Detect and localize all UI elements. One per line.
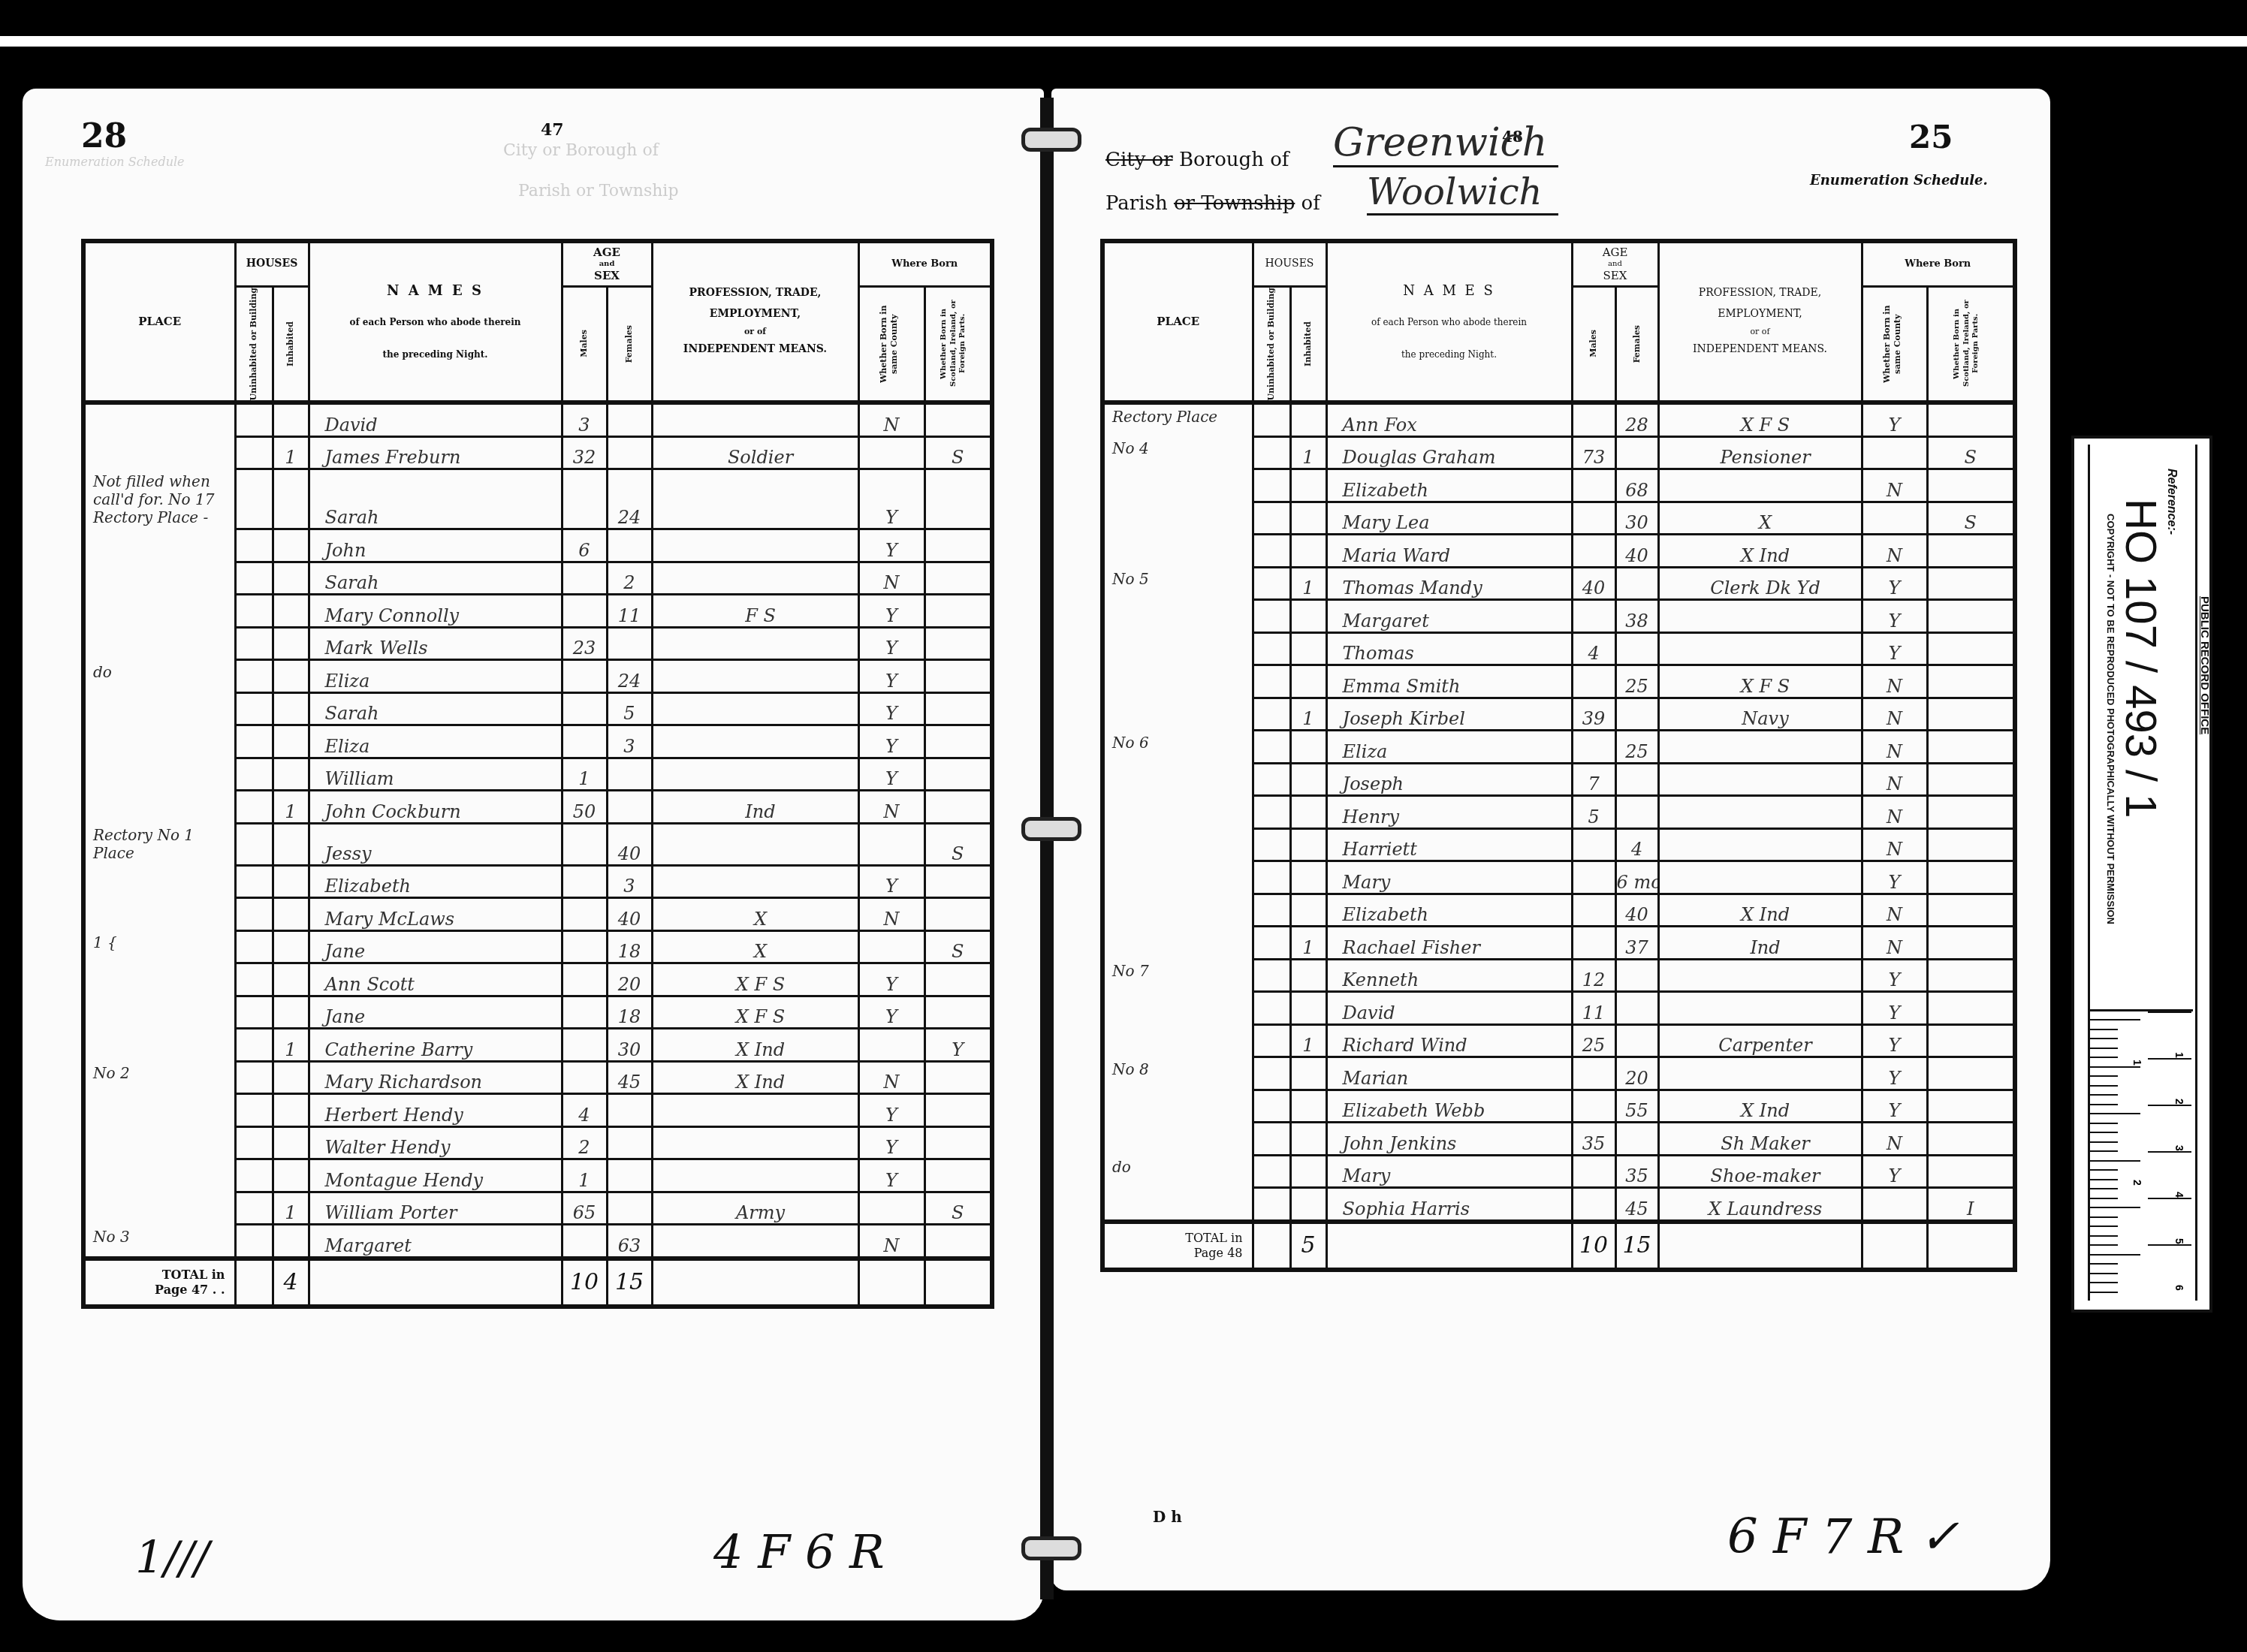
- name-cell: John: [309, 529, 562, 562]
- profession-cell: [652, 627, 858, 660]
- born-county-cell: Y: [1862, 632, 1927, 665]
- profession-cell: [652, 562, 858, 595]
- ruler-tick: [2088, 1048, 2118, 1049]
- profession-label-3: or of: [1660, 327, 1861, 337]
- profession-cell: X: [1658, 502, 1862, 535]
- profession-cell: [1658, 992, 1862, 1025]
- profession-cell: [652, 725, 858, 758]
- total-profession: [1658, 1222, 1862, 1270]
- uninhabited-cell: [235, 1192, 273, 1225]
- inhabited-cell: 1: [1290, 1024, 1326, 1057]
- profession-cell: X Ind: [1658, 894, 1862, 927]
- profession-cell: X F S: [1658, 402, 1862, 436]
- name-cell: Ann Fox: [1326, 402, 1572, 436]
- ruler-cm-label: 1: [2173, 1052, 2185, 1058]
- uninhabited-cell: [1253, 665, 1290, 698]
- page-stamp-number: 28: [81, 117, 127, 155]
- born-county-cell: Y: [858, 660, 924, 693]
- place-cell: [1102, 1024, 1253, 1057]
- inhabited-cell: [1290, 828, 1326, 861]
- uninhabited-cell: [1253, 1024, 1290, 1057]
- born-abroad-cell: [924, 791, 992, 824]
- place-cell: No 4: [1102, 436, 1253, 469]
- table-row: Elizabeth68N: [1102, 469, 2015, 502]
- name-cell: Harriett: [1326, 828, 1572, 861]
- place-cell: [1102, 1123, 1253, 1156]
- inhabited-cell: [273, 725, 309, 758]
- born-abroad-cell: S: [924, 823, 992, 865]
- profession-cell: [1658, 469, 1862, 502]
- place-cell: [1102, 502, 1253, 535]
- born-abroad-cell: S: [1927, 436, 2015, 469]
- total-label: TOTAL inPage 47 . .: [83, 1259, 235, 1307]
- profession-label-2: EMPLOYMENT,: [653, 308, 858, 321]
- parish-line: Parish or Township of: [1105, 192, 1320, 215]
- header-inhabited: Inhabited: [1290, 286, 1326, 402]
- parish-value: Woolwich: [1367, 171, 1558, 216]
- borough-value: Greenwich: [1333, 120, 1558, 167]
- profession-label-1: PROFESSION, TRADE,: [653, 287, 858, 300]
- place-cell: [1102, 1188, 1253, 1222]
- born-abroad-cell: [1927, 567, 2015, 600]
- header-profession: PROFESSION, TRADE, EMPLOYMENT, or of IND…: [652, 241, 858, 402]
- place-cell: [83, 595, 235, 628]
- born-abroad-cell: [1927, 828, 2015, 861]
- born-abroad-cell: [924, 865, 992, 898]
- born-abroad-cell: S: [1927, 502, 2015, 535]
- uninhabited-cell: [1253, 796, 1290, 829]
- born-county-cell: [1862, 502, 1927, 535]
- name-cell: Douglas Graham: [1326, 436, 1572, 469]
- profession-cell: X: [652, 930, 858, 963]
- table-row: No 3Margaret63N: [83, 1225, 992, 1259]
- inhabited-cell: [1290, 402, 1326, 436]
- name-cell: Mary McLaws: [309, 898, 562, 931]
- name-cell: William: [309, 758, 562, 791]
- females-age-cell: 2: [607, 562, 652, 595]
- profession-cell: [652, 1159, 858, 1192]
- females-age-cell: [1615, 1123, 1658, 1156]
- profession-cell: Carpenter: [1658, 1024, 1862, 1057]
- uninhabited-cell: [235, 529, 273, 562]
- inhabited-cell: [1290, 861, 1326, 894]
- borough-struck-label: City or: [1105, 149, 1173, 171]
- born-county-cell: N: [858, 562, 924, 595]
- born-county-cell: N: [1862, 894, 1927, 927]
- ruler-tick: [2088, 1254, 2140, 1256]
- total-label: TOTAL inPage 48: [1102, 1222, 1253, 1270]
- total-born-county: [858, 1259, 924, 1307]
- name-cell: Thomas: [1326, 632, 1572, 665]
- name-cell: David: [1326, 992, 1572, 1025]
- table-row: Walter Hendy2Y: [83, 1126, 992, 1159]
- profession-cell: Navy: [1658, 698, 1862, 731]
- table-row: John6Y: [83, 529, 992, 562]
- binder-ring: [1021, 817, 1081, 841]
- place-note: No 6: [1105, 731, 1252, 755]
- name-cell: Jessy: [309, 823, 562, 865]
- place-cell: [83, 402, 235, 436]
- table-row: Mary6 moY: [1102, 861, 2015, 894]
- born-county-cell: N: [1862, 731, 1927, 764]
- header-born-county: Whether Born in same County: [1862, 286, 1927, 402]
- born-abroad-cell: [1927, 992, 2015, 1025]
- females-age-cell: [607, 1094, 652, 1127]
- females-age-cell: 55: [1615, 1090, 1658, 1123]
- males-age-cell: [562, 898, 607, 931]
- ruler-tick: [2088, 1075, 2118, 1077]
- name-cell: Mary: [1326, 861, 1572, 894]
- females-age-cell: 35: [1615, 1155, 1658, 1188]
- profession-cell: Sh Maker: [1658, 1123, 1862, 1156]
- uninhabited-cell: [1253, 731, 1290, 764]
- uninhabited-cell: [235, 823, 273, 865]
- born-county-cell: N: [1862, 796, 1927, 829]
- born-county-cell: N: [858, 898, 924, 931]
- uninhabited-cell: [1253, 502, 1290, 535]
- ruler-cm-label: 3: [2173, 1145, 2185, 1151]
- tally-marks: 1///: [135, 1532, 210, 1584]
- name-cell: Walter Hendy: [309, 1126, 562, 1159]
- table-row: Sarah2N: [83, 562, 992, 595]
- place-cell: Rectory Place: [1102, 402, 1253, 436]
- total-born-abroad: [924, 1259, 992, 1307]
- females-age-cell: 24: [607, 469, 652, 529]
- place-note: 1 {: [86, 930, 234, 954]
- ruler-tick: [2088, 1169, 2118, 1171]
- inhabited-cell: [273, 469, 309, 529]
- females-age-cell: [1615, 567, 1658, 600]
- born-abroad-cell: [1927, 1090, 2015, 1123]
- ruler-tick: [2088, 1104, 2118, 1105]
- profession-cell: [652, 1094, 858, 1127]
- ruler-tick: [2088, 1057, 2118, 1058]
- parish-of-label: of: [1301, 192, 1320, 215]
- header-age-sex: AGE and SEX: [562, 241, 652, 286]
- name-cell: Elizabeth Webb: [1326, 1090, 1572, 1123]
- name-cell: Richard Wind: [1326, 1024, 1572, 1057]
- uninhabited-cell: [1253, 894, 1290, 927]
- females-label: Females: [1632, 325, 1642, 363]
- males-age-cell: [1572, 731, 1615, 764]
- inhabited-cell: [1290, 632, 1326, 665]
- binder-ring: [1021, 128, 1081, 152]
- total-born-county: [1862, 1222, 1927, 1270]
- header-place: PLACE: [83, 241, 235, 402]
- header-uninhabited: Uninhabited or Building: [1253, 286, 1290, 402]
- uninhabited-cell: [235, 402, 273, 436]
- males-age-cell: 12: [1572, 959, 1615, 992]
- males-age-cell: [562, 1225, 607, 1259]
- ruler-tick: [2088, 1263, 2118, 1265]
- females-age-cell: 6 mo: [1615, 861, 1658, 894]
- names-subtitle-1: of each Person who abode therein: [310, 317, 561, 328]
- born-abroad-label: Whether Born in Scotland, Ireland, or Fo…: [940, 297, 976, 390]
- born-county-cell: Y: [1862, 992, 1927, 1025]
- born-abroad-cell: [1927, 665, 2015, 698]
- uninhabited-label: Uninhabited or Building: [1266, 288, 1277, 401]
- born-abroad-cell: [924, 595, 992, 628]
- uninhabited-cell: [1253, 402, 1290, 436]
- males-age-cell: [1572, 1090, 1615, 1123]
- name-cell: Rachael Fisher: [1326, 927, 1572, 960]
- males-age-cell: 5: [1572, 796, 1615, 829]
- uninhabited-cell: [1253, 1057, 1290, 1090]
- total-inhabited: 4: [273, 1259, 309, 1307]
- name-cell: Thomas Mandy: [1326, 567, 1572, 600]
- born-abroad-cell: S: [924, 436, 992, 469]
- header-males: Males: [562, 286, 607, 402]
- place-cell: [1102, 861, 1253, 894]
- males-age-cell: 1: [562, 1159, 607, 1192]
- born-county-cell: Y: [1862, 567, 1927, 600]
- born-county-cell: N: [1862, 535, 1927, 568]
- born-abroad-cell: [924, 402, 992, 436]
- census-table-left: PLACE HOUSES N A M E S of each Person wh…: [81, 239, 994, 1309]
- profession-cell: [1658, 959, 1862, 992]
- males-age-cell: [1572, 1155, 1615, 1188]
- uninhabited-cell: [1253, 861, 1290, 894]
- born-abroad-cell: [1927, 796, 2015, 829]
- females-age-cell: 20: [607, 963, 652, 996]
- uninhabited-cell: [235, 436, 273, 469]
- females-age-cell: 63: [607, 1225, 652, 1259]
- place-cell: No 6: [1102, 731, 1253, 764]
- uninhabited-cell: [235, 1126, 273, 1159]
- born-county-cell: Y: [1862, 1155, 1927, 1188]
- place-cell: [83, 865, 235, 898]
- table-row: Joseph7N: [1102, 763, 2015, 796]
- ruler-tick: [2088, 1085, 2118, 1087]
- total-females: 15: [1615, 1222, 1658, 1270]
- reference-label: Reference:-: [2164, 469, 2178, 535]
- born-abroad-label: Whether Born in Scotland, Ireland, or Fo…: [1953, 297, 1989, 390]
- folio-number: 47: [541, 120, 564, 140]
- place-cell: [1102, 469, 1253, 502]
- born-county-cell: Y: [858, 996, 924, 1029]
- table-row: 1James Freburn32SoldierS: [83, 436, 992, 469]
- uninhabited-cell: [235, 996, 273, 1029]
- header-profession: PROFESSION, TRADE, EMPLOYMENT, or of IND…: [1658, 241, 1862, 402]
- inhabited-cell: [1290, 1155, 1326, 1188]
- place-cell: [1102, 796, 1253, 829]
- name-cell: Emma Smith: [1326, 665, 1572, 698]
- ruler-tick: [2088, 1282, 2118, 1283]
- name-cell: Sarah: [309, 692, 562, 725]
- age-label: AGE: [1573, 246, 1657, 260]
- uninhabited-cell: [1253, 959, 1290, 992]
- inhabited-cell: [1290, 502, 1326, 535]
- born-county-cell: Y: [858, 758, 924, 791]
- name-cell: Sarah: [309, 469, 562, 529]
- males-age-cell: 4: [562, 1094, 607, 1127]
- name-cell: Herbert Hendy: [309, 1094, 562, 1127]
- born-county-cell: [858, 1192, 924, 1225]
- place-cell: [83, 692, 235, 725]
- table-row: Elizabeth Webb55X IndY: [1102, 1090, 2015, 1123]
- females-age-cell: [1615, 992, 1658, 1025]
- born-abroad-cell: [1927, 861, 2015, 894]
- males-age-cell: 11: [1572, 992, 1615, 1025]
- book-gutter: [1040, 98, 1054, 1599]
- females-age-cell: [607, 758, 652, 791]
- inhabited-cell: [1290, 894, 1326, 927]
- place-cell: [1102, 894, 1253, 927]
- name-cell: Mary: [1326, 1155, 1572, 1188]
- parish-struck-label: or Township: [1174, 192, 1295, 215]
- born-abroad-cell: [1927, 600, 2015, 633]
- table-row: Not filled when call'd for. No 17 Rector…: [83, 469, 992, 529]
- males-age-cell: [1572, 861, 1615, 894]
- inhabited-cell: [273, 930, 309, 963]
- profession-cell: [1658, 861, 1862, 894]
- born-abroad-cell: [1927, 1057, 2015, 1090]
- place-cell: [83, 963, 235, 996]
- born-county-cell: Y: [1862, 402, 1927, 436]
- header-uninhabited: Uninhabited or Building: [235, 286, 273, 402]
- males-age-cell: [1572, 402, 1615, 436]
- place-note: do: [86, 660, 234, 684]
- uninhabited-cell: [235, 758, 273, 791]
- profession-cell: F S: [652, 595, 858, 628]
- uninhabited-cell: [235, 692, 273, 725]
- header-females: Females: [607, 286, 652, 402]
- name-cell: Elizabeth: [1326, 469, 1572, 502]
- place-cell: [83, 758, 235, 791]
- inhabited-cell: [273, 996, 309, 1029]
- place-cell: [83, 436, 235, 469]
- borough-line: City or Borough of: [1105, 149, 1289, 171]
- uninhabited-cell: [1253, 567, 1290, 600]
- born-county-cell: N: [858, 1225, 924, 1259]
- born-abroad-cell: [1927, 927, 2015, 960]
- place-cell: do: [1102, 1155, 1253, 1188]
- inhabited-cell: 1: [273, 436, 309, 469]
- females-age-cell: [1615, 959, 1658, 992]
- printer-mark: D h: [1153, 1508, 1182, 1526]
- males-label: Males: [579, 330, 590, 357]
- ruler-tick: [2088, 1132, 2118, 1133]
- born-county-cell: N: [858, 1061, 924, 1094]
- uninhabited-cell: [1253, 698, 1290, 731]
- born-county-cell: Y: [1862, 959, 1927, 992]
- place-note: No 5: [1105, 567, 1252, 591]
- profession-cell: [652, 1126, 858, 1159]
- total-inhabited: 5: [1290, 1222, 1326, 1270]
- place-cell: [83, 725, 235, 758]
- place-cell: [83, 1192, 235, 1225]
- table-row: Jane18X F SY: [83, 996, 992, 1029]
- inhabited-cell: [1290, 1188, 1326, 1222]
- females-age-cell: 20: [1615, 1057, 1658, 1090]
- table-row: Sarah5Y: [83, 692, 992, 725]
- inhabited-cell: [273, 898, 309, 931]
- males-age-cell: [562, 865, 607, 898]
- header-names: N A M E S of each Person who abode there…: [1326, 241, 1572, 402]
- born-abroad-cell: [1927, 763, 2015, 796]
- males-age-cell: 73: [1572, 436, 1615, 469]
- profession-cell: [1658, 828, 1862, 861]
- header-born-abroad: Whether Born in Scotland, Ireland, or Fo…: [1927, 286, 2015, 402]
- born-county-cell: Y: [858, 595, 924, 628]
- inhabited-cell: [273, 529, 309, 562]
- females-age-cell: [607, 1192, 652, 1225]
- table-row: 1William Porter65ArmyS: [83, 1192, 992, 1225]
- name-cell: Mary Connolly: [309, 595, 562, 628]
- males-age-cell: [562, 1029, 607, 1062]
- table-row: Ann Scott20X F SY: [83, 963, 992, 996]
- table-row: Thomas4Y: [1102, 632, 2015, 665]
- total-profession: [652, 1259, 858, 1307]
- name-cell: Joseph Kirbel: [1326, 698, 1572, 731]
- uninhabited-cell: [235, 930, 273, 963]
- females-age-cell: [1615, 436, 1658, 469]
- born-abroad-cell: Y: [924, 1029, 992, 1062]
- ruler-cm-label: 4: [2173, 1192, 2185, 1198]
- uninhabited-cell: [235, 469, 273, 529]
- born-abroad-cell: [924, 1061, 992, 1094]
- born-county-cell: Y: [1862, 861, 1927, 894]
- born-abroad-cell: [1927, 632, 2015, 665]
- place-note: No 2: [86, 1061, 234, 1085]
- table-row: David3N: [83, 402, 992, 436]
- inhabited-cell: [273, 562, 309, 595]
- males-age-cell: [562, 823, 607, 865]
- table-row: Elizabeth3Y: [83, 865, 992, 898]
- place-cell: [1102, 992, 1253, 1025]
- place-cell: [83, 1094, 235, 1127]
- inhabited-cell: 1: [1290, 567, 1326, 600]
- table-row: No 41Douglas Graham73PensionerS: [1102, 436, 2015, 469]
- born-county-cell: Y: [858, 725, 924, 758]
- names-title: N A M E S: [1328, 283, 1571, 300]
- ruler-tick: [2088, 1198, 2118, 1199]
- header-born-abroad: Whether Born in Scotland, Ireland, or Fo…: [924, 286, 992, 402]
- females-age-cell: 68: [1615, 469, 1658, 502]
- header-names: N A M E S of each Person who abode there…: [309, 241, 562, 402]
- place-note: No 3: [86, 1225, 234, 1249]
- profession-label-2: EMPLOYMENT,: [1660, 308, 1861, 321]
- males-age-cell: [562, 692, 607, 725]
- females-age-cell: 3: [607, 725, 652, 758]
- reference-number: HO 107 / 493 / 1: [2116, 499, 2166, 818]
- public-record-office-label: PUBLIC RECORD OFFICE: [2198, 596, 2211, 734]
- born-county-cell: [858, 1029, 924, 1062]
- uninhabited-cell: [235, 1225, 273, 1259]
- uninhabited-cell: [235, 660, 273, 693]
- females-age-cell: 40: [607, 823, 652, 865]
- profession-cell: [652, 1225, 858, 1259]
- place-cell: Rectory No 1 Place: [83, 823, 235, 865]
- males-age-cell: 6: [562, 529, 607, 562]
- table-row: John Jenkins35Sh MakerN: [1102, 1123, 2015, 1156]
- table-row: No 51Thomas Mandy40Clerk Dk YdY: [1102, 567, 2015, 600]
- place-cell: [1102, 632, 1253, 665]
- uninhabited-cell: [235, 1159, 273, 1192]
- name-cell: Joseph: [1326, 763, 1572, 796]
- sex-label: SEX: [563, 269, 651, 283]
- inhabited-cell: 1: [273, 791, 309, 824]
- place-cell: [1102, 665, 1253, 698]
- left-footer-note: 4 F 6 R: [713, 1524, 885, 1579]
- inhabited-cell: 1: [273, 1192, 309, 1225]
- profession-cell: X F S: [652, 996, 858, 1029]
- ruler-tick: [2088, 1029, 2118, 1030]
- total-label-2: Page 47 . .: [86, 1283, 225, 1297]
- profession-cell: Pensioner: [1658, 436, 1862, 469]
- inhabited-cell: [1290, 665, 1326, 698]
- inhabited-cell: [1290, 992, 1326, 1025]
